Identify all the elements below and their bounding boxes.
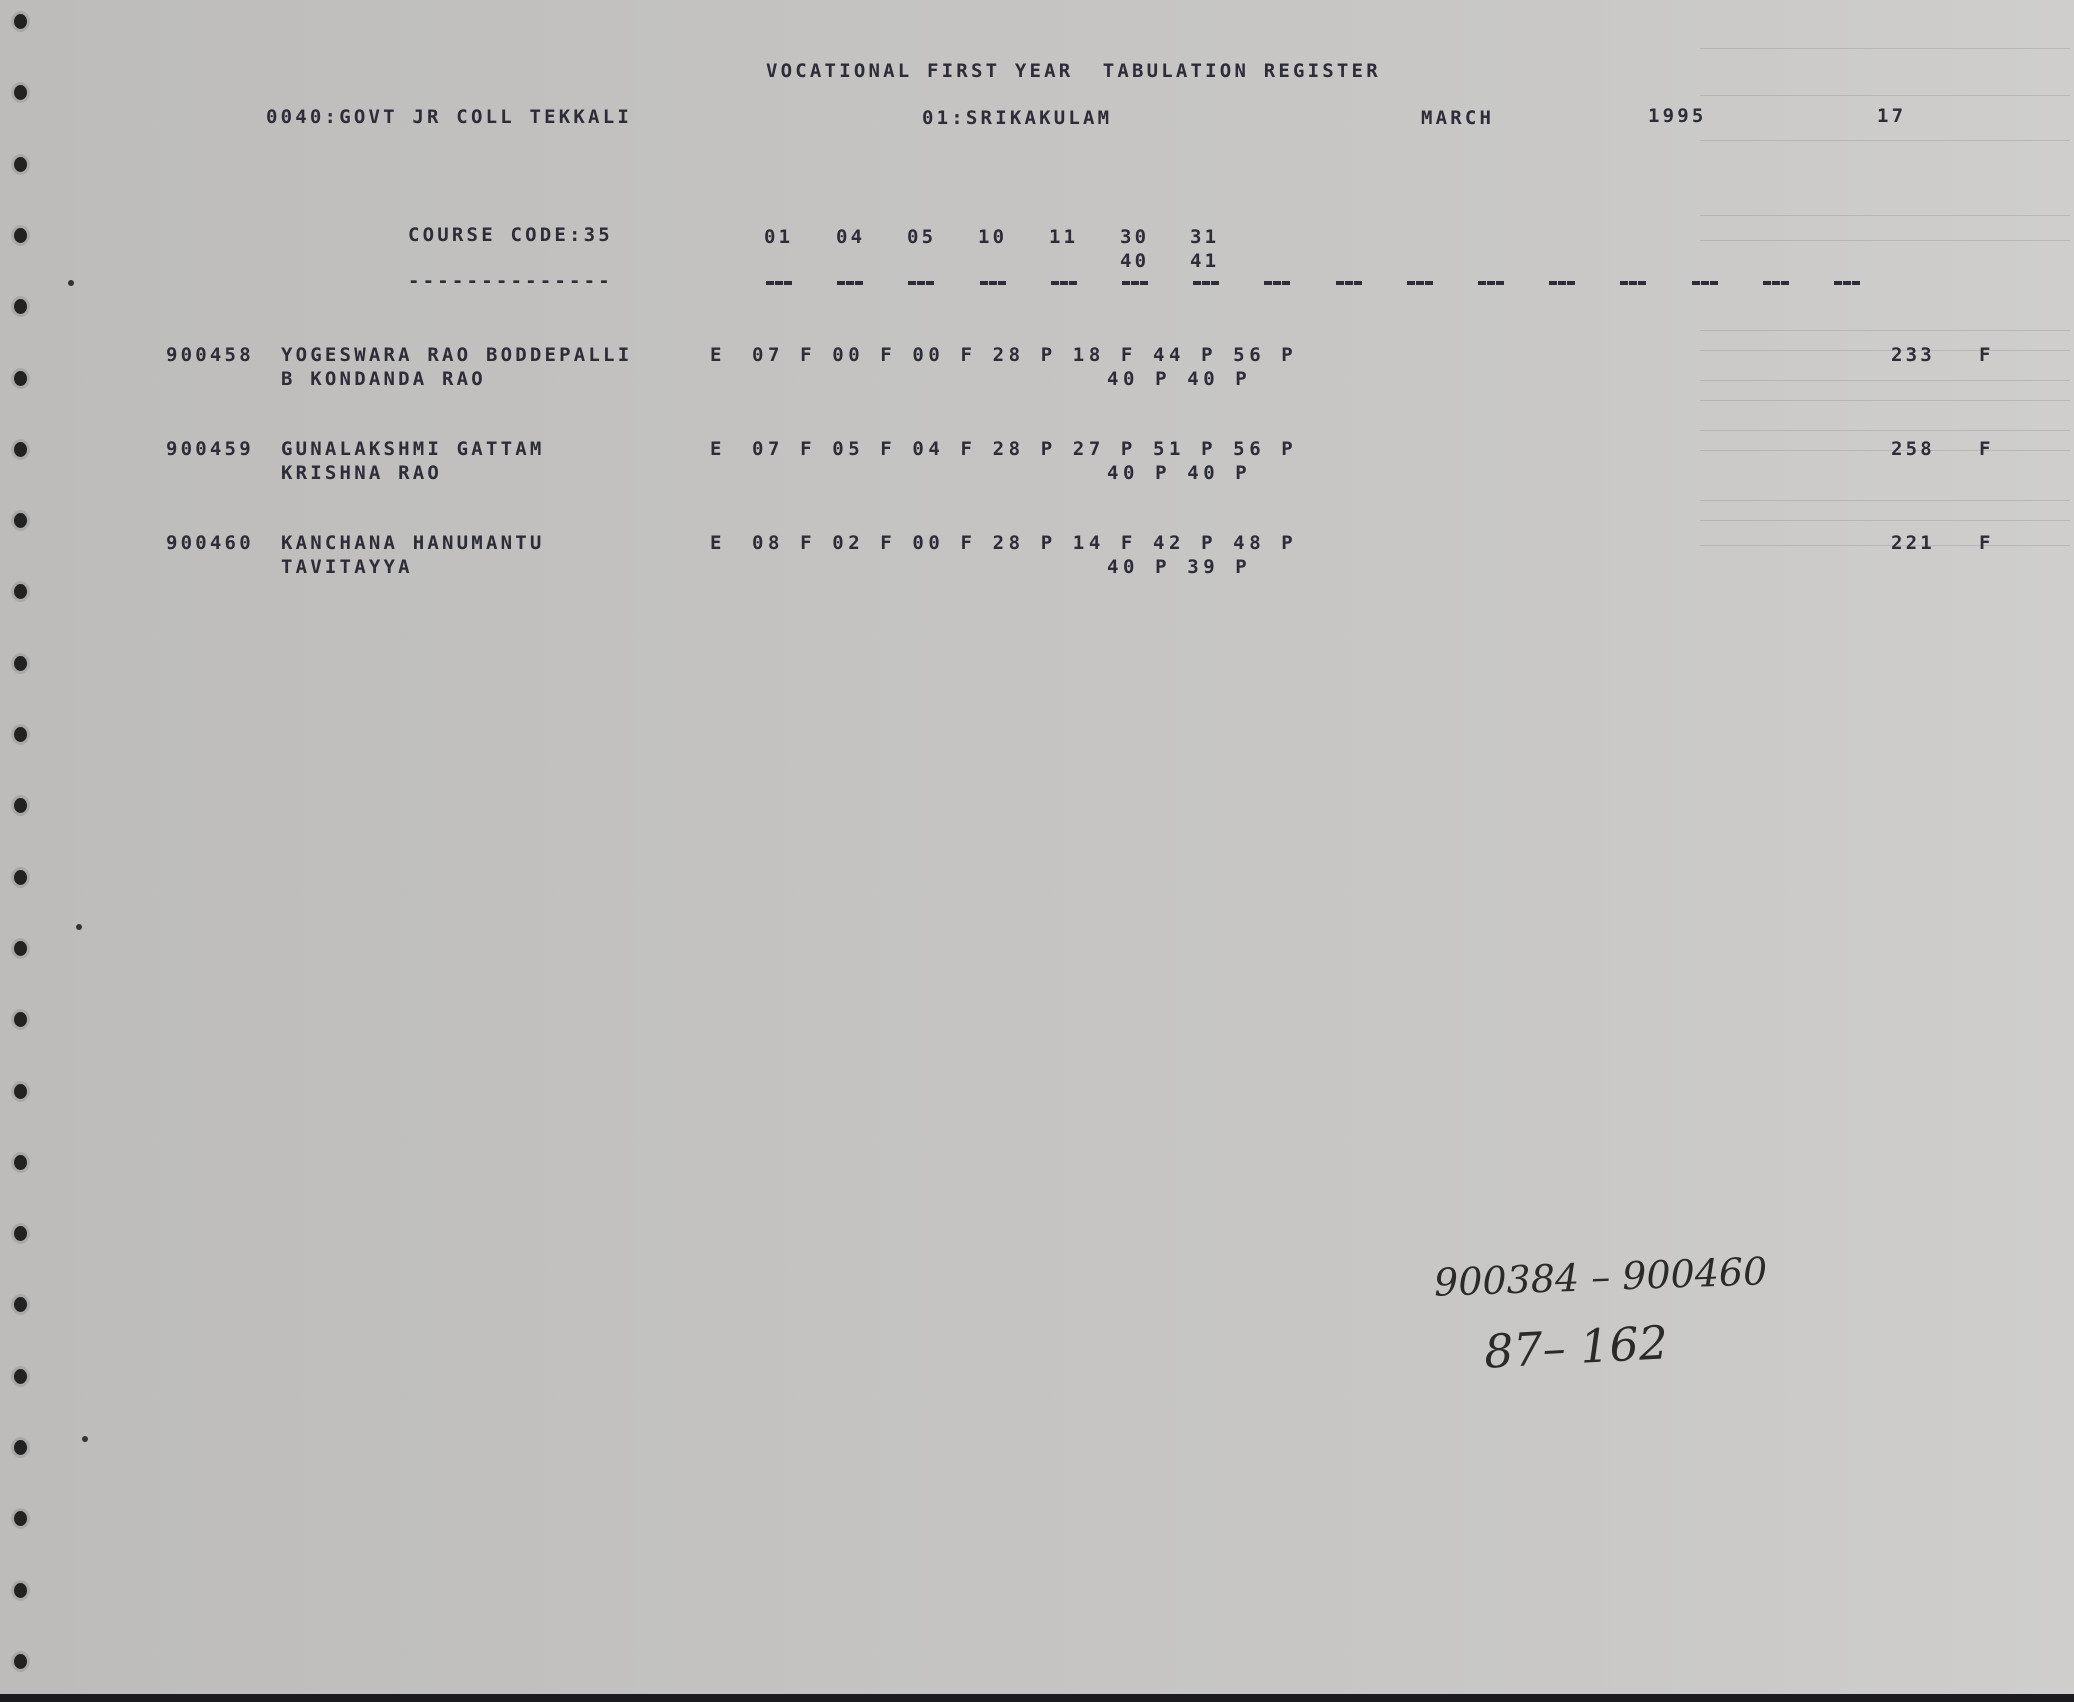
district-code: 01:SRIKAKULAM	[922, 107, 1112, 129]
show-through-line	[1700, 380, 2070, 381]
parent-name: B KONDANDA RAO	[281, 368, 486, 390]
feed-hole	[14, 941, 27, 956]
column-dash	[1478, 281, 1504, 289]
subject-marks: 08 F 02 F 00 F 28 P 14 F 42 P 48 P	[752, 532, 1297, 554]
feed-hole	[14, 1369, 27, 1384]
page-number: 17	[1877, 105, 1906, 127]
column-dash	[837, 281, 863, 289]
subject-code-secondary: 40	[1120, 250, 1149, 272]
result-status: F	[1979, 438, 1994, 460]
feed-hole	[14, 228, 27, 243]
course-code-label: COURSE CODE:35	[408, 224, 613, 246]
total-marks: 233	[1891, 344, 1935, 366]
show-through-line	[1700, 95, 2070, 96]
feed-hole	[14, 1440, 27, 1455]
page-bottom-edge	[0, 1694, 2074, 1702]
show-through-line	[1700, 240, 2070, 241]
exam-year: 1995	[1648, 105, 1707, 127]
roll-number: 900458	[166, 344, 254, 366]
show-through-line	[1700, 430, 2070, 431]
subject-marks-secondary: 40 P 40 P	[1107, 462, 1251, 484]
medium-code: E	[710, 438, 725, 460]
paper-speck	[82, 1436, 88, 1442]
paper-speck	[68, 280, 74, 286]
feed-hole	[14, 870, 27, 885]
feed-hole	[14, 1226, 27, 1241]
student-name: GUNALAKSHMI GATTAM	[281, 438, 545, 460]
show-through-line	[1700, 520, 2070, 521]
subject-code: 11	[1049, 226, 1078, 248]
column-dash	[1051, 281, 1077, 289]
feed-hole	[14, 1155, 27, 1170]
column-dash	[1336, 281, 1362, 289]
feed-hole	[14, 513, 27, 528]
subject-marks-secondary: 40 P 40 P	[1107, 368, 1251, 390]
show-through-line	[1700, 545, 2070, 546]
show-through-line	[1700, 450, 2070, 451]
total-marks: 258	[1891, 438, 1935, 460]
feed-hole	[14, 1084, 27, 1099]
feed-hole	[14, 442, 27, 457]
subject-code: 10	[978, 226, 1007, 248]
subject-code-secondary: 41	[1190, 250, 1219, 272]
student-name: YOGESWARA RAO BODDEPALLI	[281, 344, 632, 366]
subject-marks: 07 F 00 F 00 F 28 P 18 F 44 P 56 P	[752, 344, 1297, 366]
total-marks: 221	[1891, 532, 1935, 554]
column-dash	[1834, 281, 1860, 289]
feed-hole	[14, 1654, 27, 1669]
course-code-underline: --------------	[408, 270, 613, 292]
column-dash	[1264, 281, 1290, 289]
feed-hole	[14, 14, 27, 29]
column-dash	[1549, 281, 1575, 289]
show-through-line	[1700, 350, 2070, 351]
exam-month: MARCH	[1421, 107, 1494, 129]
subject-marks: 07 F 05 F 04 F 28 P 27 P 51 P 56 P	[752, 438, 1297, 460]
printout-page	[0, 0, 2074, 1695]
parent-name: KRISHNA RAO	[281, 462, 442, 484]
feed-hole	[14, 727, 27, 742]
subject-marks-secondary: 40 P 39 P	[1107, 556, 1251, 578]
paper-speck	[76, 924, 82, 930]
column-dash	[908, 281, 934, 289]
parent-name: TAVITAYYA	[281, 556, 413, 578]
roll-number: 900459	[166, 438, 254, 460]
register-title: VOCATIONAL FIRST YEAR TABULATION REGISTE…	[766, 60, 1381, 82]
result-status: F	[1979, 344, 1994, 366]
subject-code: 05	[907, 226, 936, 248]
feed-hole	[14, 656, 27, 671]
student-name: KANCHANA HANUMANTU	[281, 532, 545, 554]
feed-hole	[14, 157, 27, 172]
college-code: 0040:GOVT JR COLL TEKKALI	[266, 106, 632, 128]
column-dash	[1407, 281, 1433, 289]
result-status: F	[1979, 532, 1994, 554]
show-through-line	[1700, 500, 2070, 501]
show-through-line	[1700, 330, 2070, 331]
subject-code: 04	[836, 226, 865, 248]
feed-hole	[14, 1583, 27, 1598]
subject-code: 30	[1120, 226, 1149, 248]
column-dash	[1692, 281, 1718, 289]
column-dash	[1122, 281, 1148, 289]
column-dash	[1763, 281, 1789, 289]
column-dash	[1193, 281, 1219, 289]
show-through-line	[1700, 48, 2070, 49]
show-through-line	[1700, 400, 2070, 401]
subject-code: 31	[1190, 226, 1219, 248]
show-through-line	[1700, 140, 2070, 141]
show-through-line	[1700, 215, 2070, 216]
handwritten-count-range: 87– 162	[1483, 1315, 1670, 1379]
column-dash	[980, 281, 1006, 289]
medium-code: E	[710, 532, 725, 554]
subject-code: 01	[764, 226, 793, 248]
column-dash	[1620, 281, 1646, 289]
column-dash	[766, 281, 792, 289]
feed-hole	[14, 371, 27, 386]
medium-code: E	[710, 344, 725, 366]
roll-number: 900460	[166, 532, 254, 554]
